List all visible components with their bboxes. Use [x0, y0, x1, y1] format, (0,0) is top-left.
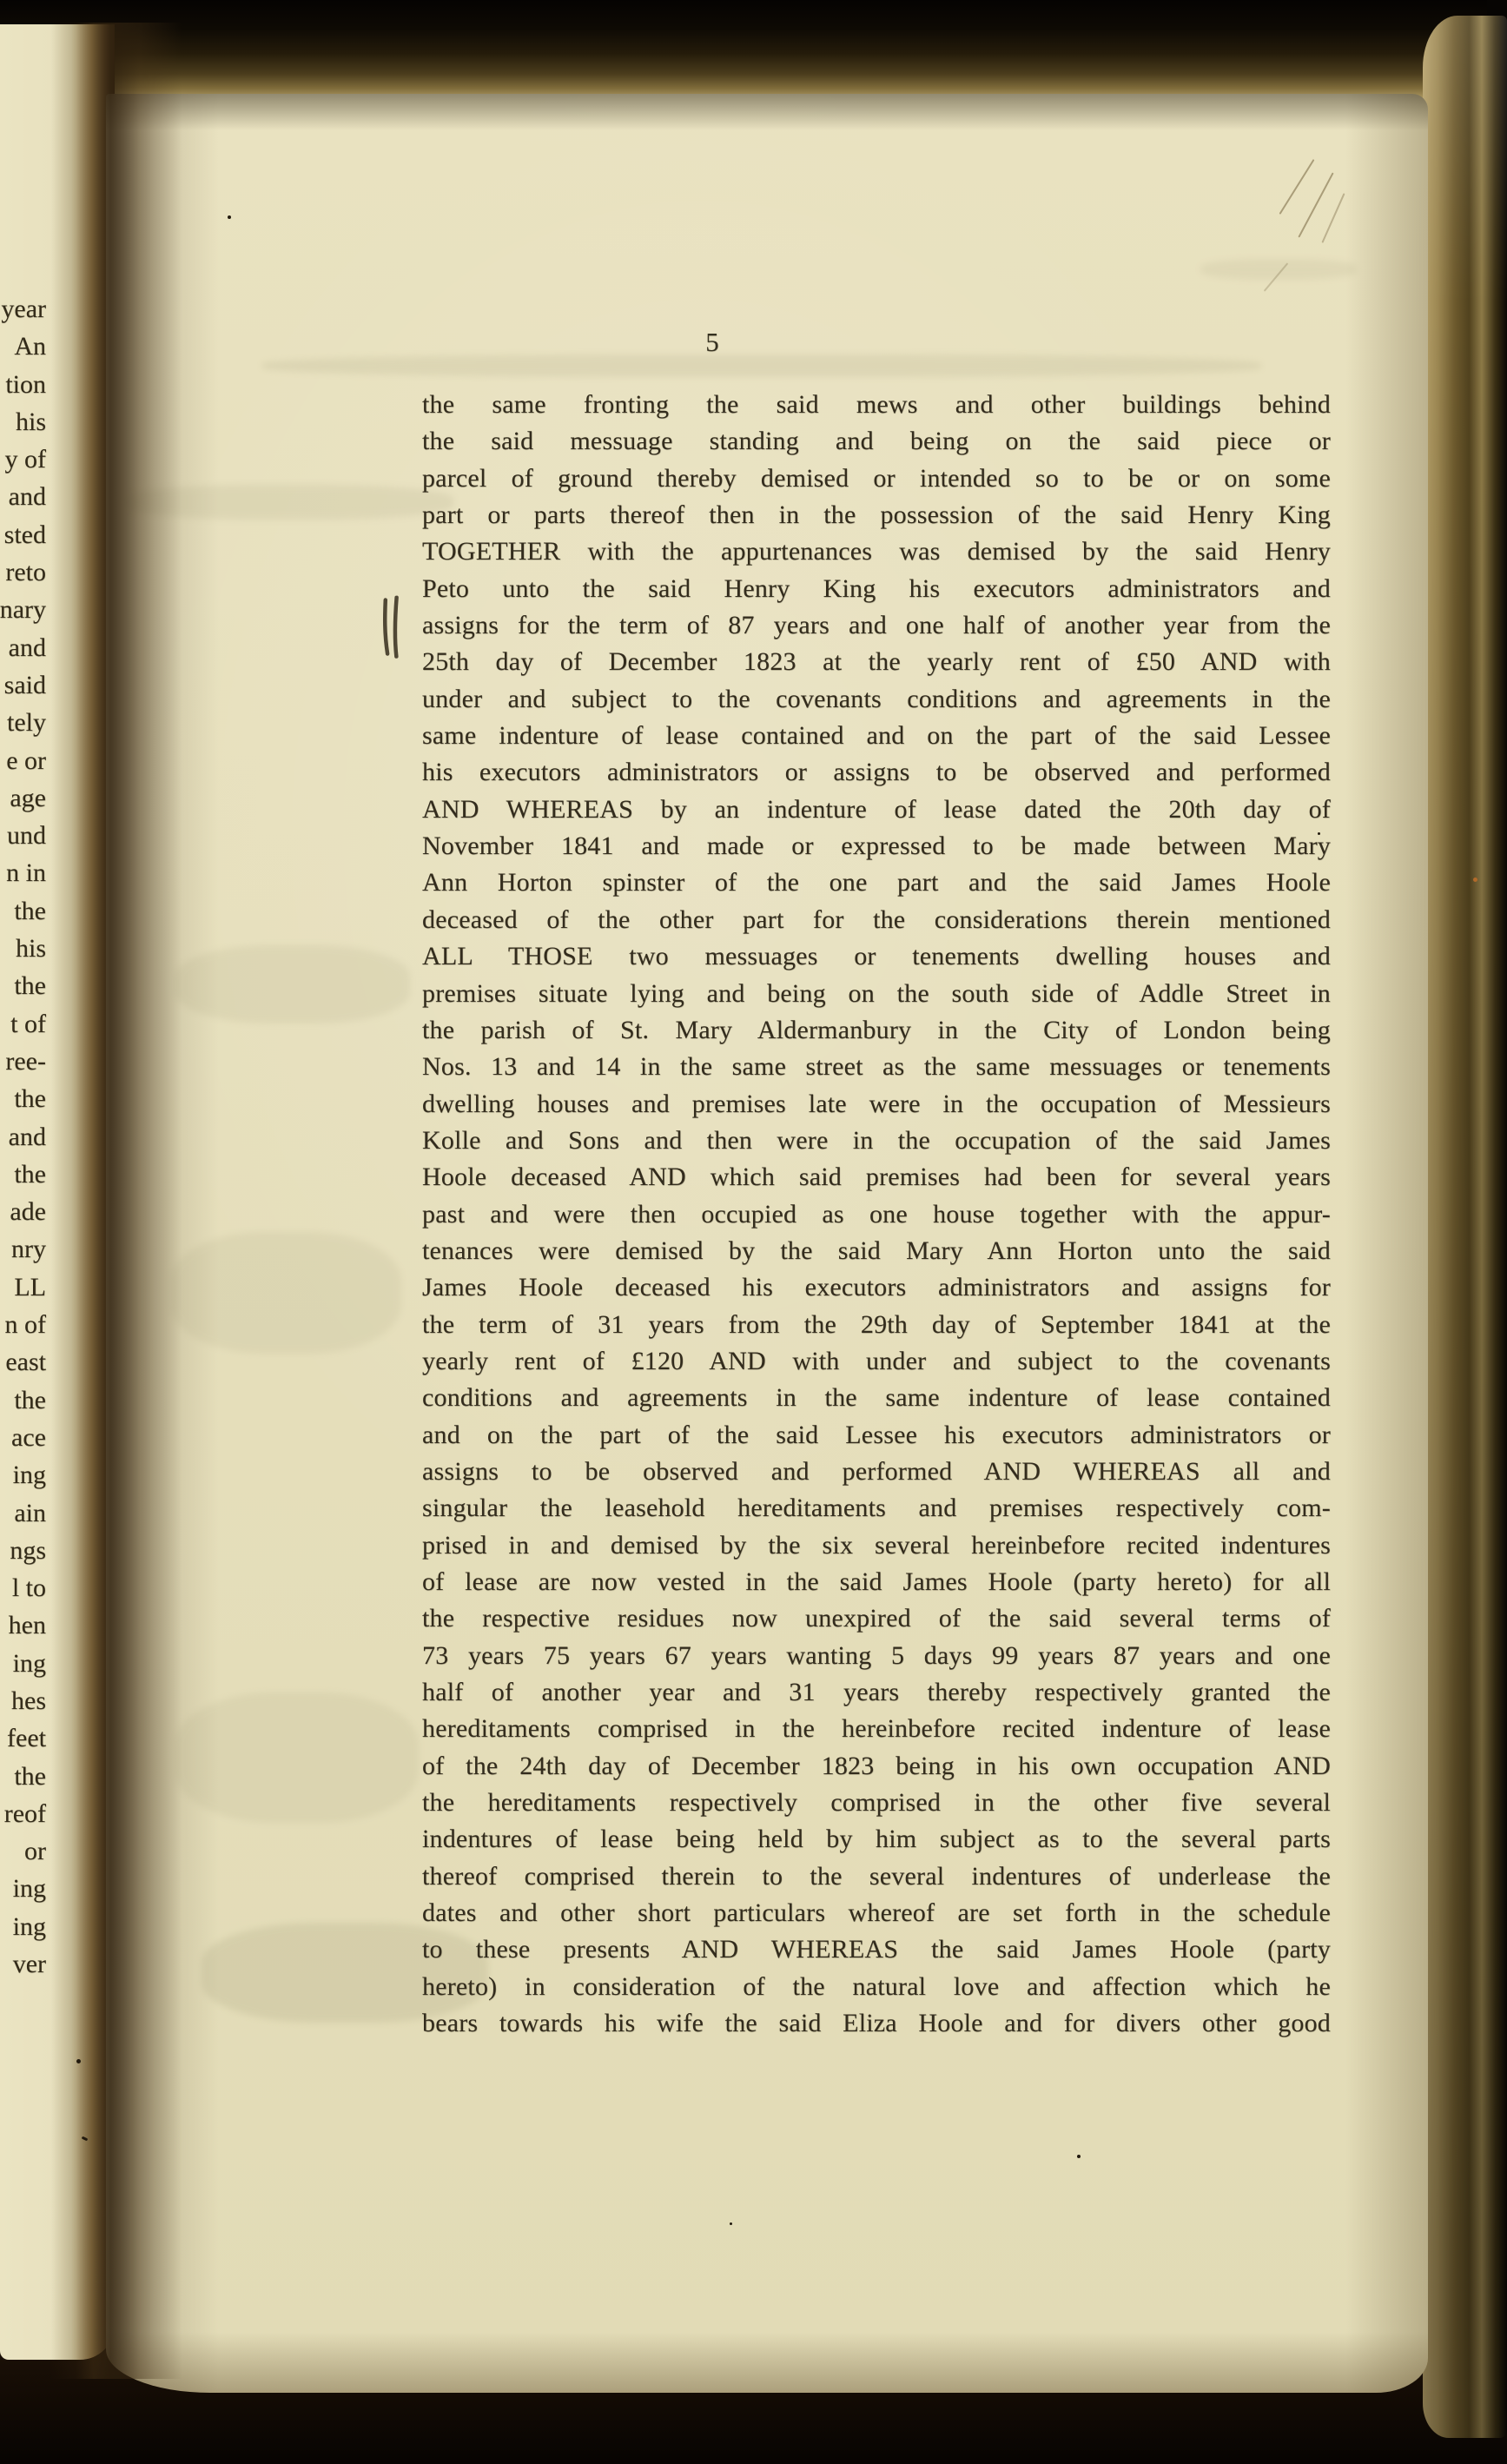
show-through-smudge [171, 1232, 401, 1354]
pencil-scratch [1321, 193, 1345, 242]
document-line: Ann Horton spinster of the one part and … [422, 864, 1331, 901]
dust-speck [76, 2059, 81, 2063]
book-photo: yearAntionhisy ofandstedretonaryandsaidt… [0, 0, 1507, 2464]
margin-mark [379, 595, 407, 659]
left-page-fragment: An [0, 328, 46, 365]
document-line: tenances were demised by the said Mary A… [422, 1233, 1331, 1269]
document-line: to these presents AND WHEREAS the said J… [422, 1931, 1331, 1968]
left-page-fragment: nary [0, 591, 46, 628]
document-line: the same fronting the said mews and othe… [422, 387, 1331, 423]
left-page-fragment: ade [0, 1193, 46, 1230]
document-line: premises situate lying and being on the … [422, 976, 1331, 1012]
left-page-fragment: ing [0, 1908, 46, 1945]
left-page-fragment: tely [0, 704, 46, 741]
document-line: Nos. 13 and 14 in the same street as the… [422, 1049, 1331, 1085]
document-line: AND WHEREAS by an indenture of lease dat… [422, 792, 1331, 828]
left-page-fragment: east [0, 1343, 46, 1381]
left-page-fragment: ngs [0, 1532, 46, 1569]
left-page-fragment: nry [0, 1230, 46, 1268]
document-line: November 1841 and made or expressed to b… [422, 828, 1331, 864]
document-line: Hoole deceased AND which said premises h… [422, 1159, 1331, 1196]
left-page-fragment: tion [0, 366, 46, 403]
dust-speck [730, 2222, 732, 2225]
left-page-fragment: his [0, 403, 46, 440]
document-line: hereto) in consideration of the natural … [422, 1969, 1331, 2005]
dust-speck [1473, 878, 1477, 882]
document-line: and on the part of the said Lessee his e… [422, 1417, 1331, 1454]
document-line: part or parts thereof then in the posses… [422, 497, 1331, 533]
show-through-smudge [175, 945, 410, 1023]
left-page-fragment: LL [0, 1268, 46, 1306]
document-line: the respective residues now unexpired of… [422, 1600, 1331, 1637]
document-line: deceased of the other part for the consi… [422, 902, 1331, 938]
left-page-fragments: yearAntionhisy ofandstedretonaryandsaidt… [0, 290, 46, 1983]
document-line: past and were then occupied as one house… [422, 1196, 1331, 1233]
dust-speck [228, 215, 231, 219]
document-line: parcel of ground thereby demised or inte… [422, 460, 1331, 497]
document-line: of the 24th day of December 1823 being i… [422, 1748, 1331, 1785]
dust-speck [1077, 2155, 1081, 2158]
document-line: TOGETHER with the appurtenances was demi… [422, 533, 1331, 570]
document-line: of lease are now vested in the said Jame… [422, 1564, 1331, 1600]
document-line: indentures of lease being held by him su… [422, 1821, 1331, 1858]
document-line: Kolle and Sons and then were in the occu… [422, 1123, 1331, 1159]
document-line: half of another year and 31 years thereb… [422, 1674, 1331, 1711]
document-line: singular the leasehold hereditaments and… [422, 1490, 1331, 1527]
left-page-fragment: ing [0, 1645, 46, 1682]
document-line: conditions and agreements in the same in… [422, 1380, 1331, 1416]
left-page-fragment: age [0, 779, 46, 817]
left-page-fragment: the [0, 892, 46, 930]
left-page-fragment: ace [0, 1419, 46, 1456]
show-through-smudge [262, 354, 1261, 377]
show-through-smudge [123, 485, 453, 520]
document-line: hereditaments comprised in the hereinbef… [422, 1711, 1331, 1747]
left-page-fragment: e or [0, 742, 46, 779]
document-line: bears towards his wife the said Eliza Ho… [422, 2005, 1331, 2042]
left-page-fragment: sted [0, 516, 46, 553]
document-line: thereof comprised therein to the several… [422, 1858, 1331, 1895]
document-line: the term of 31 years from the 29th day o… [422, 1307, 1331, 1343]
left-page-fragment: the [0, 1381, 46, 1419]
left-page-fragment: and [0, 1118, 46, 1156]
left-page-fragment: the [0, 1758, 46, 1795]
document-line: assigns for the term of 87 years and one… [422, 607, 1331, 644]
left-page-fragment: t of [0, 1005, 46, 1043]
document-line: dwelling houses and premises late were i… [422, 1086, 1331, 1123]
left-page-fragment: feet [0, 1719, 46, 1757]
left-page-fragment: ing [0, 1870, 46, 1907]
document-line: the parish of St. Mary Aldermanbury in t… [422, 1012, 1331, 1049]
left-page-fragment: year [0, 290, 46, 328]
document-line: prised in and demised by the six several… [422, 1527, 1331, 1564]
left-page-fragment: n in [0, 854, 46, 891]
left-page-fragment: and [0, 629, 46, 666]
page-stack-top-edge [0, 0, 1487, 103]
left-page-fragment: said [0, 666, 46, 704]
left-page-fragment: hes [0, 1682, 46, 1719]
left-page-fragment: and [0, 478, 46, 515]
page-stack-right-edge [1423, 16, 1507, 2438]
document-line: ALL THOSE two messuages or tenements dwe… [422, 938, 1331, 975]
document-line: Peto unto the said Henry King his execut… [422, 571, 1331, 607]
document-text: the same fronting the said mews and othe… [422, 387, 1331, 2042]
left-page-fragment: ing [0, 1456, 46, 1494]
left-page-fragment: reto [0, 553, 46, 591]
document-line: under and subject to the covenants condi… [422, 681, 1331, 718]
document-line: 73 years 75 years 67 years wanting 5 day… [422, 1638, 1331, 1674]
document-line: same indenture of lease contained and on… [422, 718, 1331, 754]
document-line: the hereditaments respectively comprised… [422, 1785, 1331, 1821]
left-page-fragment: or [0, 1832, 46, 1870]
left-page-fragment: his [0, 930, 46, 967]
dust-speck [1318, 832, 1320, 835]
left-page-fragment: und [0, 817, 46, 854]
page-number: 5 [669, 327, 756, 358]
left-page-fragment: the [0, 1080, 46, 1117]
document-line: assigns to be observed and performed AND… [422, 1454, 1331, 1490]
document-line: the said messuage standing and being on … [422, 423, 1331, 460]
left-page-fragment: ain [0, 1494, 46, 1532]
left-page-fragment: ree- [0, 1043, 46, 1080]
left-page-fragment: reof [0, 1795, 46, 1832]
document-line: his executors administrators or assigns … [422, 754, 1331, 791]
left-page-fragment: l to [0, 1569, 46, 1606]
left-page-fragment: the [0, 1156, 46, 1193]
document-line: dates and other short particulars whereo… [422, 1895, 1331, 1931]
left-page-fragment: n of [0, 1306, 46, 1343]
pencil-scratch [1279, 159, 1315, 215]
left-page-fragment: hen [0, 1606, 46, 1644]
show-through-smudge [175, 1692, 419, 1823]
left-page-fragment: ver [0, 1945, 46, 1983]
document-line: 25th day of December 1823 at the yearly … [422, 644, 1331, 680]
show-through-smudge [1200, 259, 1357, 280]
left-page-fragment: the [0, 967, 46, 1004]
left-page-fragment: y of [0, 440, 46, 478]
book-page: 5 the same fronting the said mews and ot… [106, 94, 1428, 2393]
document-line: yearly rent of £120 AND with under and s… [422, 1343, 1331, 1380]
document-line: James Hoole deceased his executors admin… [422, 1269, 1331, 1306]
